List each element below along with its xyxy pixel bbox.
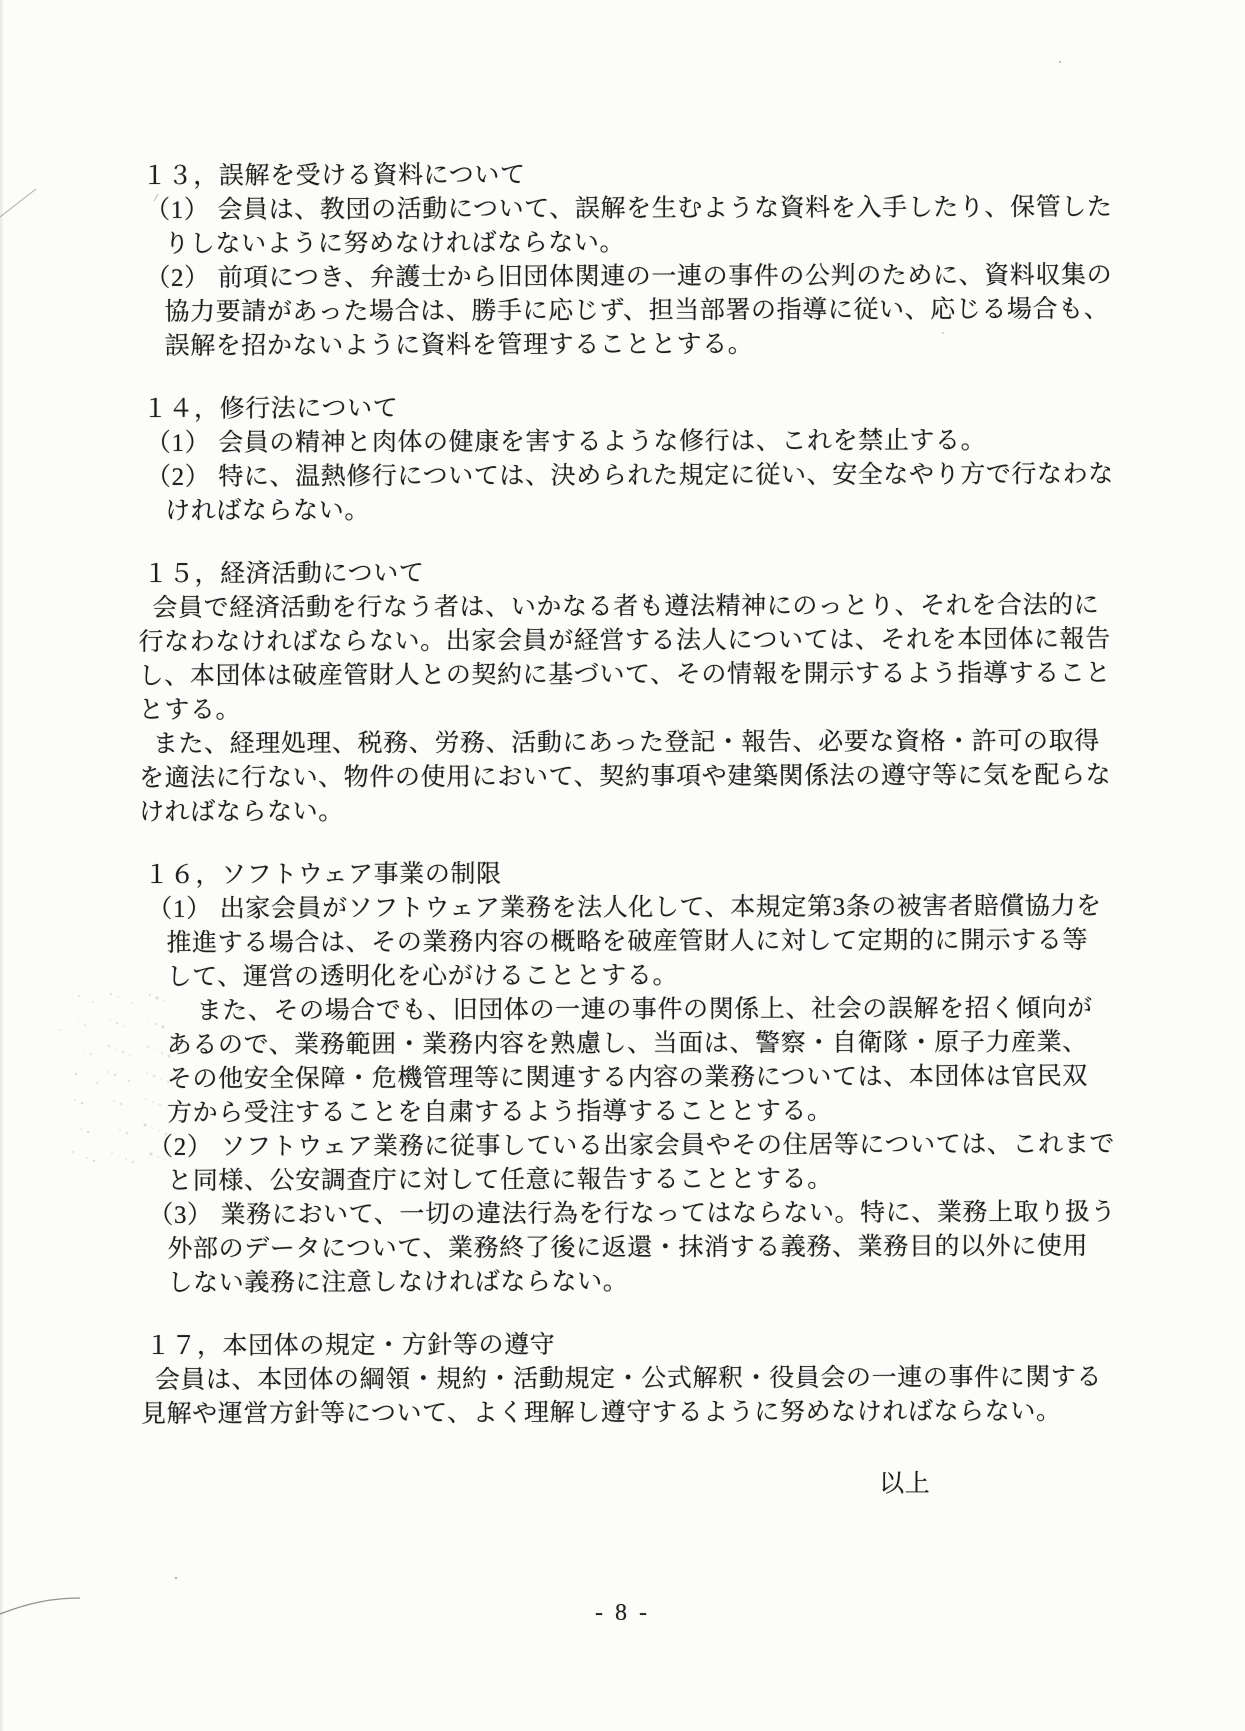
top-left-crease-line [0, 189, 36, 217]
scanned-document-page: １３，誤解を受ける資料について（1）会員は、教団の活動について、誤解を生むような… [0, 0, 1245, 1731]
section-heading: １４，修行法について [138, 390, 1148, 427]
text-line: （1）出家会員がソフトウェア業務を法人化して、本規定第3条の被害者賠償協力を [139, 890, 1149, 927]
item-marker: （2） [145, 265, 209, 292]
text-line: （2）ソフトウェア業務に従事している出家会員やその住居等については、これまで [140, 1128, 1150, 1165]
text-line: ければならない。 [138, 492, 1148, 529]
text-line: 協力要請があった場合は、勝手に応じず、担当部署の指導に従い、応じる場合も、 [137, 293, 1147, 330]
text-line: また、その場合でも、旧団体の一連の事件の関係上、社会の誤解を招く傾向が [140, 992, 1150, 1029]
speck-bottom [175, 1577, 177, 1579]
text-line: 推進する場合は、その業務内容の概略を破産管財人に対して定期的に開示する等 [139, 924, 1149, 961]
section-17: １７，本団体の規定・方針等の遵守会員は、本団体の綱領・規約・活動規定・公式解釈・… [141, 1327, 1151, 1432]
text-line: し、本団体は破産管財人との契約に基づいて、その情報を開示するよう指導すること [139, 657, 1149, 694]
item-marker: （1） [145, 197, 209, 224]
text-line: りしないように努めなければならない。 [137, 225, 1147, 262]
text-line: また、経理処理、税務、労務、活動にあった登記・報告、必要な資格・許可の取得 [139, 725, 1149, 762]
text-line: （3）業務において、一切の違法行為を行なってはならない。特に、業務上取り扱う [140, 1196, 1150, 1233]
text-line: 外部のデータについて、業務終了後に返還・抹消する義務、業務目的以外に使用 [140, 1230, 1150, 1267]
section-heading: １６，ソフトウェア事業の制限 [139, 856, 1149, 893]
document-body: １３，誤解を受ける資料について（1）会員は、教団の活動について、誤解を生むような… [137, 157, 1151, 1504]
section-heading: １５，経済活動について [138, 555, 1148, 592]
item-text: 特に、温熱修行については、決められた規定に従い、安全なやり方で行なわな [218, 461, 1114, 491]
item-text: 会員は、教団の活動について、誤解を生むような資料を入手したり、保管した [217, 194, 1112, 224]
text-line: 方から受注することを自粛するよう指導することとする。 [140, 1094, 1150, 1131]
text-line: 誤解を招かないように資料を管理することとする。 [138, 327, 1148, 364]
text-line: ければならない。 [139, 793, 1149, 830]
text-line: （1）会員は、教団の活動について、誤解を生むような資料を入手したり、保管した [137, 191, 1147, 228]
text-line: を適法に行ない、物件の使用において、契約事項や建築関係法の遵守等に気を配らな [139, 759, 1149, 796]
left-edge-shadow [0, 0, 3, 1731]
text-line: その他安全保障・危機管理等に関連する内容の業務については、本団体は官民双 [140, 1060, 1150, 1097]
section-heading: １３，誤解を受ける資料について [137, 157, 1147, 194]
text-line: して、運営の透明化を心がけることとする。 [140, 958, 1150, 995]
text-line: （2）前項につき、弁護士から旧団体関連の一連の事件の公判のために、資料収集の [137, 259, 1147, 296]
section-14: １４，修行法について（1）会員の精神と肉体の健康を害するような修行は、これを禁止… [138, 390, 1148, 529]
text-line: （1）会員の精神と肉体の健康を害するような修行は、これを禁止する。 [138, 424, 1148, 461]
item-text: 前項につき、弁護士から旧団体関連の一連の事件の公判のために、資料収集の [218, 262, 1113, 292]
item-marker: （1） [146, 430, 210, 457]
item-marker: （1） [147, 896, 211, 923]
item-text: ソフトウェア業務に従事している出家会員やその住居等については、これまで [220, 1131, 1115, 1161]
item-text: 出家会員がソフトウェア業務を法人化して、本規定第3条の被害者賠償協力を [220, 893, 1102, 923]
item-text: 会員の精神と肉体の健康を害するような修行は、これを禁止する。 [218, 427, 986, 456]
text-line: しない義務に注意しなければならない。 [140, 1264, 1150, 1301]
closing-statement: 以上 [141, 1467, 1151, 1504]
item-text: 業務において、一切の違法行為を行なってはならない。特に、業務上取り扱う [221, 1199, 1117, 1229]
speck-top-right [1059, 61, 1061, 63]
text-line: とする。 [139, 691, 1149, 728]
text-line: 見解や運営方針等について、よく理解し遵守するように努めなければならない。 [141, 1395, 1151, 1432]
text-line: あるので、業務範囲・業務内容を熟慮し、当面は、警察・自衛隊・原子力産業、 [140, 1026, 1150, 1063]
text-line: 会員で経済活動を行なう者は、いかなる者も遵法精神にのっとり、それを合法的に [138, 589, 1148, 626]
page-number: - 8 - [0, 1596, 1245, 1630]
text-line: 会員は、本団体の綱領・規約・活動規定・公式解釈・役員会の一連の事件に関する [141, 1361, 1151, 1398]
section-heading: １７，本団体の規定・方針等の遵守 [141, 1327, 1151, 1364]
text-line: と同様、公安調査庁に対して任意に報告することとする。 [140, 1162, 1150, 1199]
section-13: １３，誤解を受ける資料について（1）会員は、教団の活動について、誤解を生むような… [137, 157, 1148, 364]
text-line: （2）特に、温熱修行については、決められた規定に従い、安全なやり方で行なわな [138, 458, 1148, 495]
item-marker: （2） [146, 464, 210, 491]
item-marker: （2） [148, 1134, 212, 1161]
section-15: １５，経済活動について会員で経済活動を行なう者は、いかなる者も遵法精神にのっとり… [138, 555, 1149, 830]
text-line: 行なわなければならない。出家会員が経営する法人については、それを本団体に報告 [138, 623, 1148, 660]
item-marker: （3） [148, 1202, 212, 1229]
section-16: １６，ソフトウェア事業の制限（1）出家会員がソフトウェア業務を法人化して、本規定… [139, 856, 1150, 1301]
